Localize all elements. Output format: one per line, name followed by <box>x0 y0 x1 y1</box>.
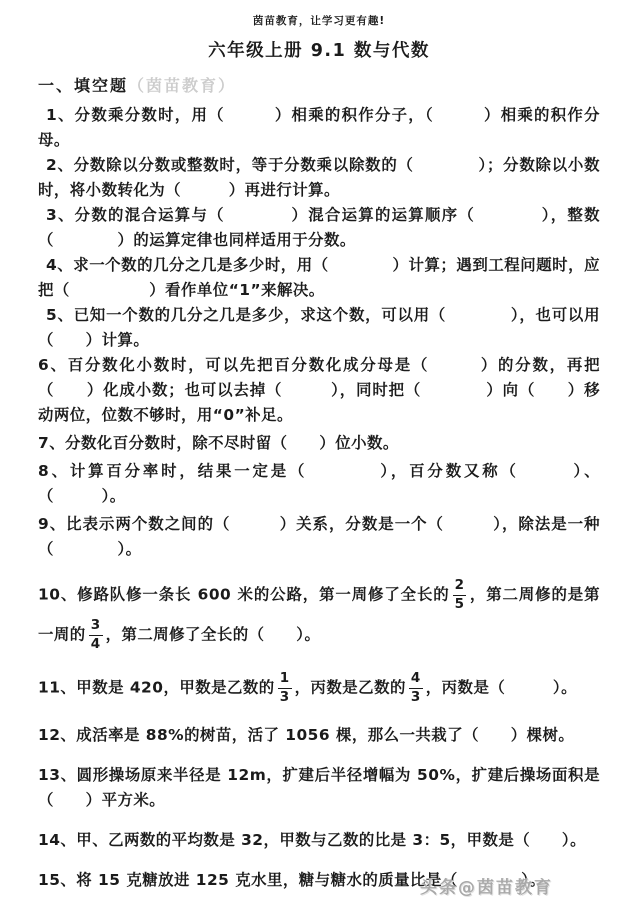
section-watermark: （茵苗教育） <box>128 76 236 95</box>
question: 11、甲数是 420，甲数是乙数的13，丙数是乙数的43，丙数是（ ）。 <box>38 668 600 708</box>
question: 7、分数化百分数时，除不尽时留（ ）位小数。 <box>38 431 600 456</box>
fraction: 34 <box>89 615 103 655</box>
fraction: 13 <box>278 668 292 708</box>
question: 2、分数除以分数或整数时，等于分数乘以除数的（ ）；分数除以小数时，将小数转化为… <box>38 153 600 203</box>
question: 12、成活率是 88%的树苗，活了 1056 棵，那么一共栽了（ ）棵树。 <box>38 723 600 748</box>
question: 10、修路队修一条长 600 米的公路，第一周修了全长的25，第二周修的是第一周… <box>38 575 600 655</box>
worksheet-page: 茵苗教育，让学习更有趣! 六年级上册 9.1 数与代数 一、填空题（茵苗教育） … <box>0 0 640 893</box>
header-slogan: 茵苗教育，让学习更有趣! <box>38 13 600 28</box>
page-title: 六年级上册 9.1 数与代数 <box>38 37 600 62</box>
fraction: 43 <box>409 668 423 708</box>
question: 6、百分数化小数时，可以先把百分数化成分母是（ ）的分数，再把（ ）化成小数；也… <box>38 353 600 428</box>
question: 4、求一个数的几分之几是多少时，用（ ）计算；遇到工程问题时，应把（ ）看作单位… <box>38 253 600 303</box>
question: 9、比表示两个数之间的（ ）关系，分数是一个（ ），除法是一种（ ）。 <box>38 512 600 562</box>
question: 8、计算百分率时，结果一定是（ ），百分数又称（ ）、（ ）。 <box>38 459 600 509</box>
section-heading: 一、填空题（茵苗教育） <box>38 73 600 96</box>
question: 3、分数的混合运算与（ ）混合运算的运算顺序（ ），整数（ ）的运算定律也同样适… <box>38 203 600 253</box>
question: 14、甲、乙两数的平均数是 32，甲数与乙数的比是 3：5，甲数是（ ）。 <box>38 828 600 853</box>
section-label: 一、填空题 <box>38 76 128 95</box>
question: 1、分数乘分数时，用（ ）相乘的积作分子，（ ）相乘的积作分母。 <box>38 103 600 153</box>
questions: 1、分数乘分数时，用（ ）相乘的积作分子，（ ）相乘的积作分母。2、分数除以分数… <box>38 103 600 893</box>
footer-watermark: 头条@茵苗教育 <box>420 873 553 898</box>
fraction: 25 <box>453 575 467 615</box>
question: 13、圆形操场原来半径是 12m，扩建后半径增幅为 50%，扩建后操场面积是（ … <box>38 763 600 813</box>
question: 5、已知一个数的几分之几是多少，求这个数，可以用（ ），也可以用（ ）计算。 <box>38 303 600 353</box>
